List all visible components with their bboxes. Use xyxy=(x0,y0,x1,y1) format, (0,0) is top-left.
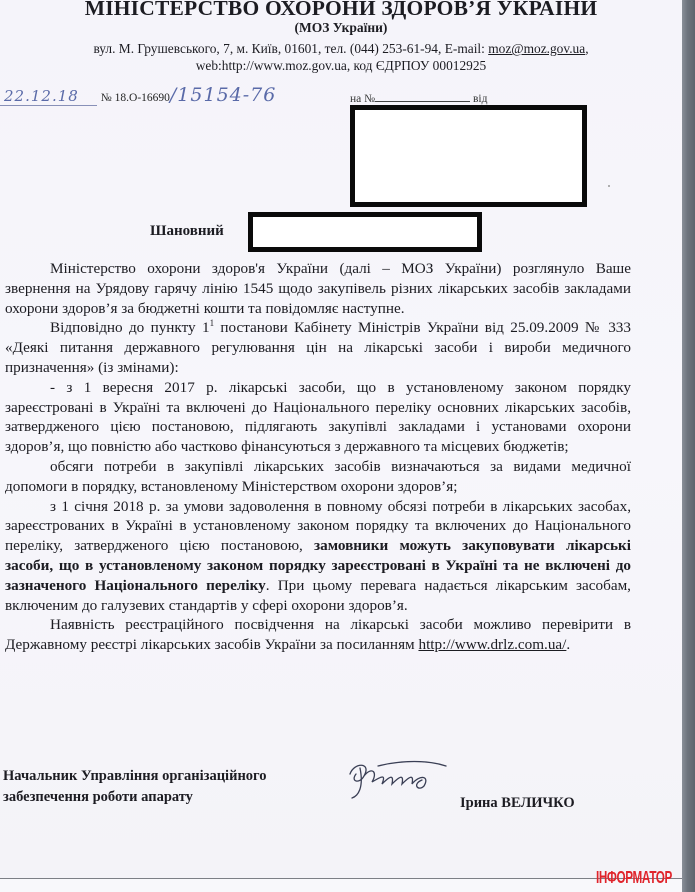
scanned-letter-page: МІНІСТЕРСТВО ОХОРОНИ ЗДОРОВ’Я УКРАЇНИ (М… xyxy=(0,0,682,880)
email-link[interactable]: moz@moz.gov.ua xyxy=(488,41,585,56)
address-suffix: , xyxy=(585,41,588,56)
handwritten-date: 22.12.18 xyxy=(0,87,97,106)
outgoing-registration: 22.12.18№ 18.О-16690/15154-76 xyxy=(0,84,276,106)
registry-text-end: . xyxy=(566,636,570,653)
signatory-title-line2: забезпечення роботи апарату xyxy=(3,787,193,808)
scan-speck xyxy=(608,185,610,187)
ministry-abbreviation: (МОЗ України) xyxy=(0,20,682,36)
informator-watermark: ІНФОРМАТОР xyxy=(596,868,672,888)
paragraph-legal-basis: Відповідно до пункту 11 постанови Кабіне… xyxy=(5,318,631,377)
legal-basis-text: Відповідно до пункту 1 xyxy=(50,319,210,336)
paragraph-sept-2017: - з 1 вересня 2017 р. лікарські засоби, … xyxy=(5,378,631,457)
incoming-reference: на № від xyxy=(350,91,487,105)
address-text: вул. М. Грушевського, 7, м. Київ, 01601,… xyxy=(93,41,488,56)
paragraph-needs-volume: обсяги потреби в закупівлі лікарських за… xyxy=(5,457,631,497)
paragraph-registry: Наявність реєстраційного посвідчення на … xyxy=(5,615,631,655)
signatory-title-line1: Начальник Управління організаційного xyxy=(3,766,267,787)
paragraph-intro: Міністерство охорони здоров'я України (д… xyxy=(5,259,631,318)
redacted-recipient-name xyxy=(248,212,482,252)
salutation-label: Шановний xyxy=(150,223,224,240)
registration-number: № 18.О-16690 xyxy=(101,92,170,104)
ministry-address: вул. М. Грушевського, 7, м. Київ, 01601,… xyxy=(0,41,682,57)
page-bottom-edge xyxy=(0,878,682,892)
reference-from-label: від xyxy=(473,93,487,105)
ministry-web-code: web:http://www.moz.gov.ua, код ЄДРПОУ 00… xyxy=(0,58,682,74)
drlz-registry-link[interactable]: http://www.drlz.com.ua/ xyxy=(418,636,566,653)
signature-scribble-icon xyxy=(342,758,452,802)
letter-body: Міністерство охорони здоров'я України (д… xyxy=(5,259,631,655)
redacted-recipient-address xyxy=(350,105,587,207)
reference-label: на № xyxy=(350,93,375,105)
reference-blank xyxy=(375,91,470,102)
handwritten-signature xyxy=(342,758,452,807)
signatory-name: Ірина ВЕЛИЧКО xyxy=(460,795,575,812)
ministry-title: МІНІСТЕРСТВО ОХОРОНИ ЗДОРОВ’Я УКРАЇНИ xyxy=(0,0,682,21)
paragraph-jan-2018: з 1 січня 2018 р. за умови задоволення в… xyxy=(5,497,631,616)
handwritten-number: /15154-76 xyxy=(170,84,276,106)
scan-edge-shadow xyxy=(682,0,695,892)
